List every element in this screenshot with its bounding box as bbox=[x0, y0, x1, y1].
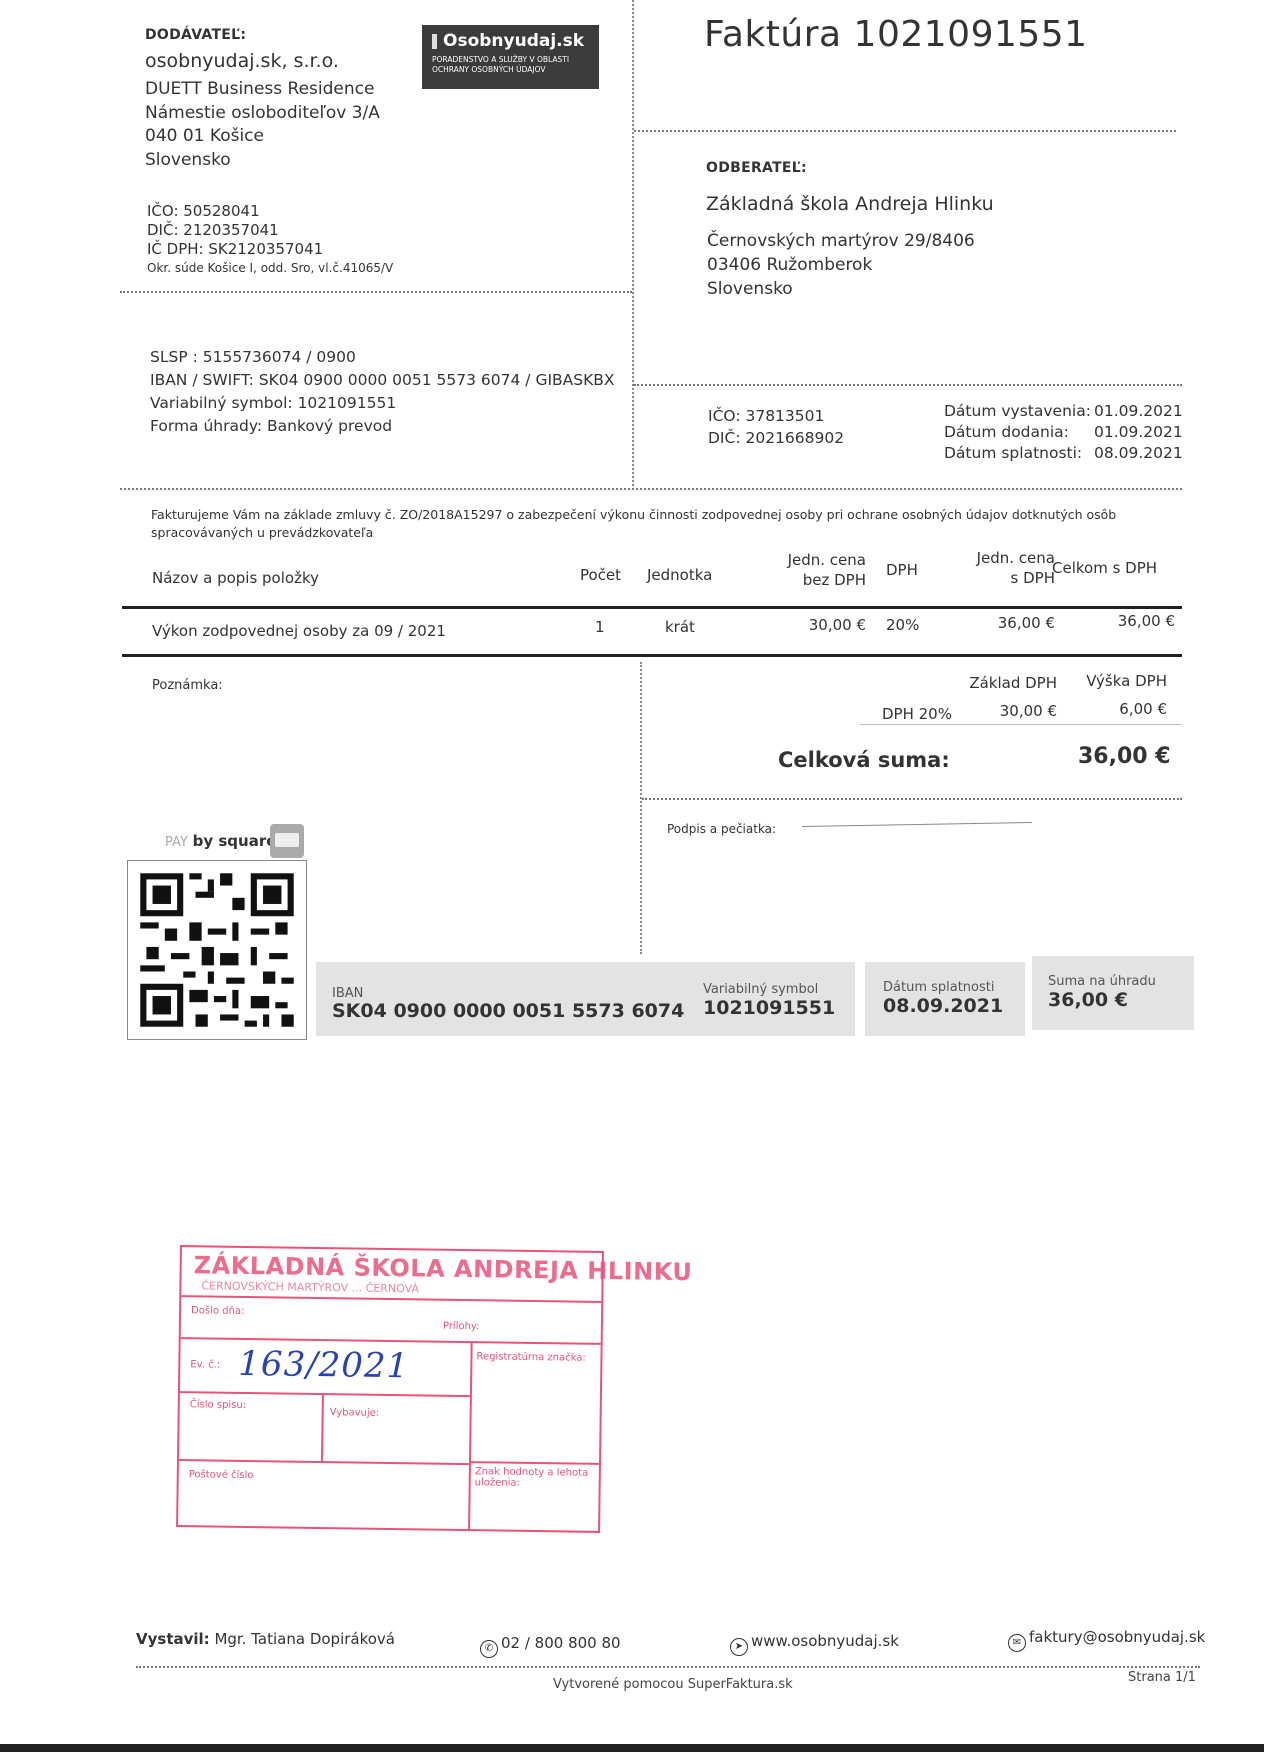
total-value: 36,00 € bbox=[1078, 744, 1171, 769]
supplier-address: DUETT Business Residence Námestie oslobo… bbox=[145, 78, 380, 172]
divider bbox=[860, 724, 1182, 725]
footer-email[interactable]: ✉faktury@osobnyudaj.sk bbox=[1008, 1628, 1205, 1652]
date-issued: Dátum vystavenia:01.09.2021 bbox=[944, 401, 1183, 422]
customer-ids: IČO: 37813501 DIČ: 2021668902 bbox=[708, 405, 844, 449]
table-rule bbox=[122, 654, 1182, 657]
customer-ico: IČO: 37813501 bbox=[708, 405, 844, 427]
phone-icon: ✆ bbox=[480, 1640, 498, 1658]
table-rule bbox=[122, 606, 1182, 609]
supplier-ids: IČO: 50528041 DIČ: 2120357041 IČ DPH: SK… bbox=[147, 202, 393, 278]
payment-method: Forma úhrady: Bankový prevod bbox=[150, 415, 615, 438]
logo-bar-icon bbox=[432, 34, 437, 49]
customer-name: Základná škola Andreja Hlinku bbox=[706, 193, 994, 215]
footer-web[interactable]: ➤www.osobnyudaj.sk bbox=[730, 1632, 899, 1656]
divider bbox=[120, 291, 632, 293]
supplier-ic-dph: IČ DPH: SK2120357041 bbox=[147, 240, 393, 259]
note-label: Poznámka: bbox=[152, 678, 223, 693]
bank-account: SLSP : 5155736074 / 0900 bbox=[150, 346, 615, 369]
date-delivered: Dátum dodania:01.09.2021 bbox=[944, 422, 1183, 443]
pay-by-square-label: PAY by square bbox=[165, 832, 276, 850]
total-label: Celková suma: bbox=[778, 748, 950, 772]
divider bbox=[634, 384, 1182, 386]
divider bbox=[136, 1666, 1200, 1668]
paybar-variable-symbol: Variabilný symbol 1021091551 bbox=[685, 962, 855, 1036]
variable-symbol: Variabilný symbol: 1021091551 bbox=[150, 392, 615, 415]
card-icon bbox=[270, 824, 304, 858]
supplier-dic: DIČ: 2120357041 bbox=[147, 221, 393, 240]
mail-icon: ✉ bbox=[1008, 1634, 1026, 1652]
iban-swift: IBAN / SWIFT: SK04 0900 0000 0051 5573 6… bbox=[150, 369, 615, 392]
intro-text: Fakturujeme Vám na základe zmluvy č. ZO/… bbox=[151, 506, 1141, 542]
created-with: Vytvorené pomocou SuperFaktura.sk bbox=[553, 1677, 793, 1692]
divider bbox=[120, 488, 1182, 490]
date-due: Dátum splatnosti:08.09.2021 bbox=[944, 443, 1183, 464]
items-table-header: Názov a popis položky Počet Jednotka Jed… bbox=[122, 548, 1182, 600]
page-number: Strana 1/1 bbox=[1128, 1670, 1196, 1685]
issued-by: Vystavil: Mgr. Tatiana Dopiráková bbox=[136, 1630, 395, 1648]
customer-dic: DIČ: 2021668902 bbox=[708, 427, 844, 449]
divider bbox=[640, 662, 642, 954]
divider bbox=[634, 130, 1176, 132]
customer-label: ODBERATEĽ: bbox=[706, 160, 807, 176]
payment-info: SLSP : 5155736074 / 0900 IBAN / SWIFT: S… bbox=[150, 346, 615, 438]
registry-stamp: ZÁKLADNÁ ŠKOLA ANDREJA HLINKU ČERNOVSKÝC… bbox=[176, 1245, 604, 1533]
signature-label: Podpis a pečiatka: bbox=[667, 822, 776, 836]
handwritten-ev-number: 163/2021 bbox=[238, 1344, 409, 1386]
supplier-label: DODÁVATEĽ: bbox=[145, 27, 246, 43]
dates-block: Dátum vystavenia:01.09.2021 Dátum dodani… bbox=[944, 401, 1183, 464]
cursor-icon: ➤ bbox=[730, 1638, 748, 1656]
scan-edge bbox=[0, 1744, 1264, 1752]
payment-qr-code bbox=[127, 860, 307, 1040]
paybar-amount: Suma na úhradu 36,00 € bbox=[1032, 956, 1194, 1030]
customer-address: Černovských martýrov 29/8406 03406 Ružom… bbox=[707, 229, 975, 301]
qr-code-icon bbox=[128, 861, 306, 1039]
invoice-title: Faktúra 1021091551 bbox=[704, 14, 1088, 55]
paybar-due-date: Dátum splatnosti 08.09.2021 bbox=[865, 962, 1025, 1036]
supplier-registry: Okr. súde Košice I, odd. Sro, vl.č.41065… bbox=[147, 259, 393, 278]
footer-phone: ✆02 / 800 800 80 bbox=[480, 1634, 621, 1658]
company-logo: Osobnyudaj.sk PORADENSTVO A SLUŽBY V OBL… bbox=[422, 25, 599, 89]
supplier-ico: IČO: 50528041 bbox=[147, 202, 393, 221]
divider bbox=[632, 0, 634, 490]
supplier-name: osobnyudaj.sk, s.r.o. bbox=[145, 50, 339, 72]
paybar-iban: IBAN SK04 0900 0000 0051 5573 6074 bbox=[316, 962, 688, 1036]
